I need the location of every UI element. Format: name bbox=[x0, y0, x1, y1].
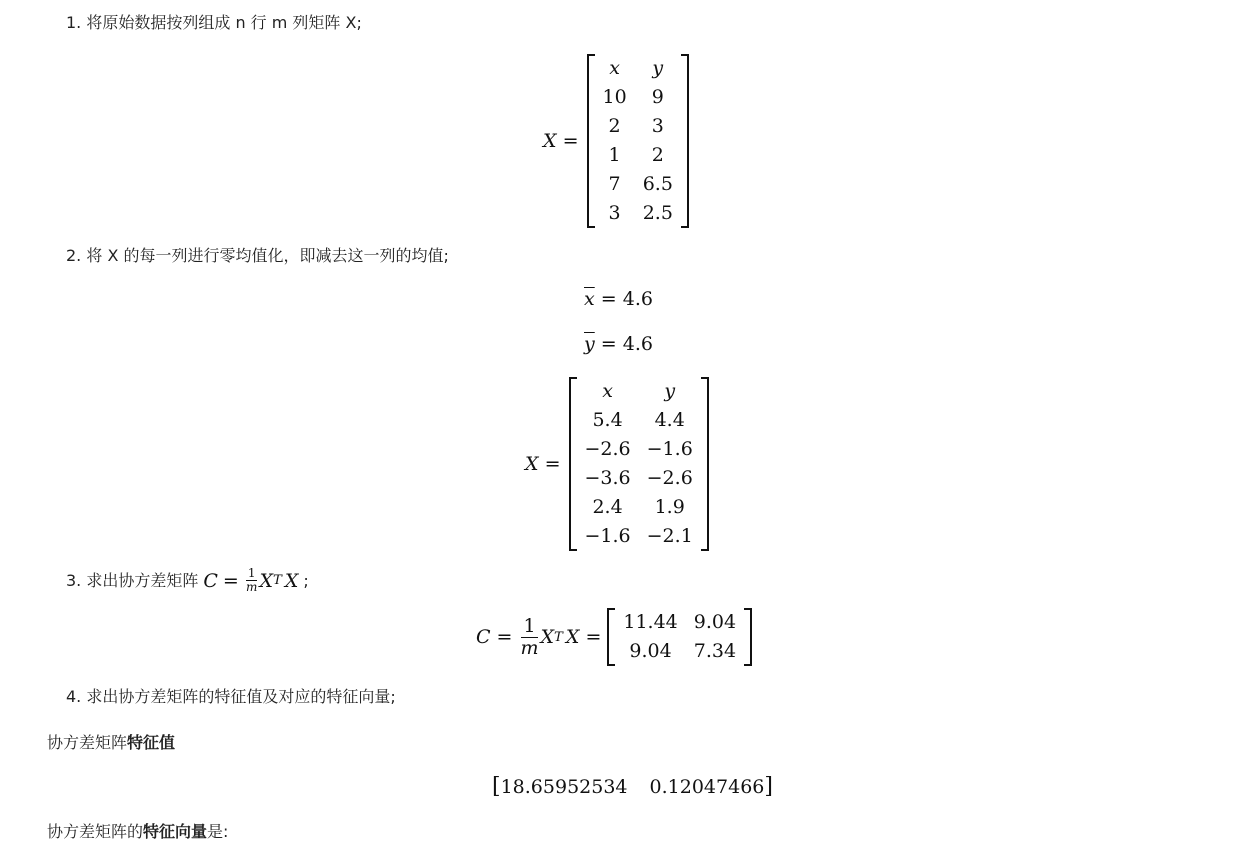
step-1: 1. 将原始数据按列组成 n 行 m 列矩阵 X; bbox=[66, 12, 362, 34]
original-matrix-equation: X = x y 10 9 2 3 1 2 7 6.5 bbox=[543, 54, 689, 228]
matrix-row: 2.4 1.9 bbox=[577, 493, 701, 522]
fraction-numerator: 1 bbox=[246, 567, 258, 581]
formula-c: C bbox=[203, 570, 218, 592]
step-3-suffix: ; bbox=[303, 570, 308, 592]
matrix-cell: 6.5 bbox=[635, 170, 681, 199]
cov-transpose: T bbox=[554, 630, 563, 645]
eigenvector-label-suffix: 是: bbox=[207, 822, 228, 841]
matrix-cell: 4.4 bbox=[639, 406, 701, 435]
step-3-formula: C = 1 m XTX bbox=[203, 567, 298, 594]
matrix-header-x: x bbox=[595, 54, 635, 83]
matrix-row: −1.6 −2.1 bbox=[577, 522, 701, 551]
eigenvalues-vector: [18.659525340.12047466] bbox=[492, 774, 773, 799]
matrix-cell: −2.6 bbox=[639, 464, 701, 493]
matrix-cell: 2.4 bbox=[577, 493, 639, 522]
original-matrix-lhs: X = bbox=[543, 130, 579, 152]
fraction-denominator: m bbox=[520, 638, 538, 659]
matrix-cell: −1.6 bbox=[639, 435, 701, 464]
centered-matrix: x y 5.4 4.4 −2.6 −1.6 −3.6 −2.6 2.4 1.9 … bbox=[569, 377, 709, 551]
matrix-cell: −2.6 bbox=[577, 435, 639, 464]
mean-y-var: y bbox=[584, 333, 595, 355]
matrix-header-x: x bbox=[577, 377, 639, 406]
step-2: 2. 将 X 的每一列进行零均值化，即减去这一列的均值; bbox=[66, 245, 449, 267]
step-3-text: 求出协方差矩阵 bbox=[86, 570, 198, 592]
mean-y-value: = 4.6 bbox=[601, 333, 653, 355]
covariance-matrix: 11.44 9.04 9.04 7.34 bbox=[607, 608, 752, 666]
matrix-row: −3.6 −2.6 bbox=[577, 464, 701, 493]
matrix-cell: −1.6 bbox=[577, 522, 639, 551]
cov-c: C bbox=[476, 626, 491, 648]
matrix-cell: 2 bbox=[595, 112, 635, 141]
right-bracket: ] bbox=[764, 774, 773, 799]
step-3: 3. 求出协方差矩阵 C = 1 m XTX ; bbox=[66, 567, 309, 594]
matrix-row: −2.6 −1.6 bbox=[577, 435, 701, 464]
fraction-denominator: m bbox=[246, 581, 257, 594]
matrix-cell: 5.4 bbox=[577, 406, 639, 435]
matrix-row: 7 6.5 bbox=[595, 170, 681, 199]
centered-matrix-equation: X = x y 5.4 4.4 −2.6 −1.6 −3.6 −2.6 2.4 … bbox=[525, 377, 709, 551]
formula-eq: = bbox=[223, 570, 239, 592]
step-2-index: 2. bbox=[66, 246, 81, 265]
matrix-cell: 9.04 bbox=[686, 608, 744, 637]
mean-y: y = 4.6 bbox=[584, 333, 653, 355]
matrix-cell: 10 bbox=[595, 83, 635, 112]
cov-fraction: 1 m bbox=[520, 616, 538, 659]
eigenvector-label: 协方差矩阵的特征向量是: bbox=[47, 821, 228, 843]
matrix-cell: 1 bbox=[595, 141, 635, 170]
matrix-row: 10 9 bbox=[595, 83, 681, 112]
step-1-text: 将原始数据按列组成 n 行 m 列矩阵 X; bbox=[86, 13, 362, 32]
original-matrix: x y 10 9 2 3 1 2 7 6.5 3 2.5 bbox=[587, 54, 689, 228]
formula-transpose: T bbox=[273, 570, 282, 592]
eigenvalue-label: 协方差矩阵特征值 bbox=[47, 732, 175, 754]
matrix-row: 11.44 9.04 bbox=[615, 608, 744, 637]
matrix-cell: −2.1 bbox=[639, 522, 701, 551]
matrix-cell: 11.44 bbox=[615, 608, 685, 637]
formula-fraction: 1 m bbox=[246, 567, 258, 594]
covariance-equation: C = 1 m XTX = 11.44 9.04 9.04 7.34 bbox=[476, 608, 752, 666]
formula-x: X bbox=[259, 570, 273, 592]
cov-eq2: = bbox=[585, 626, 601, 648]
eigenvalue-2: 0.12047466 bbox=[650, 776, 765, 798]
matrix-row: 2 3 bbox=[595, 112, 681, 141]
left-bracket: [ bbox=[492, 774, 501, 799]
matrix-cell: 2 bbox=[635, 141, 681, 170]
eigenvalue-1: 18.65952534 bbox=[501, 776, 628, 798]
matrix-row: 5.4 4.4 bbox=[577, 406, 701, 435]
cov-eq: = bbox=[497, 626, 513, 648]
matrix-cell: 9.04 bbox=[615, 637, 685, 666]
step-4: 4. 求出协方差矩阵的特征值及对应的特征向量; bbox=[66, 686, 396, 708]
eigenvector-label-prefix: 协方差矩阵的 bbox=[47, 822, 143, 841]
matrix-cell: 3 bbox=[635, 112, 681, 141]
formula-x2: X bbox=[285, 570, 299, 592]
matrix-cell: 7 bbox=[595, 170, 635, 199]
matrix-cell: 9 bbox=[635, 83, 681, 112]
matrix-cell: −3.6 bbox=[577, 464, 639, 493]
eigenvector-label-bold: 特征向量 bbox=[143, 822, 207, 841]
matrix-header-y: y bbox=[639, 377, 701, 406]
cov-x2: X bbox=[566, 626, 580, 648]
step-2-text: 将 X 的每一列进行零均值化，即减去这一列的均值; bbox=[86, 246, 449, 265]
step-4-index: 4. bbox=[66, 687, 81, 706]
matrix-row: 1 2 bbox=[595, 141, 681, 170]
matrix-cell: 7.34 bbox=[686, 637, 744, 666]
eigenvalue-label-prefix: 协方差矩阵 bbox=[47, 733, 127, 752]
step-3-index: 3. bbox=[66, 570, 81, 592]
matrix-row: 3 2.5 bbox=[595, 199, 681, 228]
cov-x: X bbox=[541, 626, 555, 648]
step-1-index: 1. bbox=[66, 13, 81, 32]
fraction-numerator: 1 bbox=[521, 616, 537, 638]
matrix-cell: 3 bbox=[595, 199, 635, 228]
matrix-cell: 1.9 bbox=[639, 493, 701, 522]
matrix-header-y: y bbox=[635, 54, 681, 83]
mean-x-var: x bbox=[584, 288, 595, 310]
mean-x-value: = 4.6 bbox=[601, 288, 653, 310]
eigenvalue-label-bold: 特征值 bbox=[127, 733, 175, 752]
centered-matrix-lhs: X = bbox=[525, 453, 561, 475]
mean-x: x = 4.6 bbox=[584, 288, 653, 310]
matrix-row: 9.04 7.34 bbox=[615, 637, 744, 666]
matrix-cell: 2.5 bbox=[635, 199, 681, 228]
step-4-text: 求出协方差矩阵的特征值及对应的特征向量; bbox=[86, 687, 395, 706]
